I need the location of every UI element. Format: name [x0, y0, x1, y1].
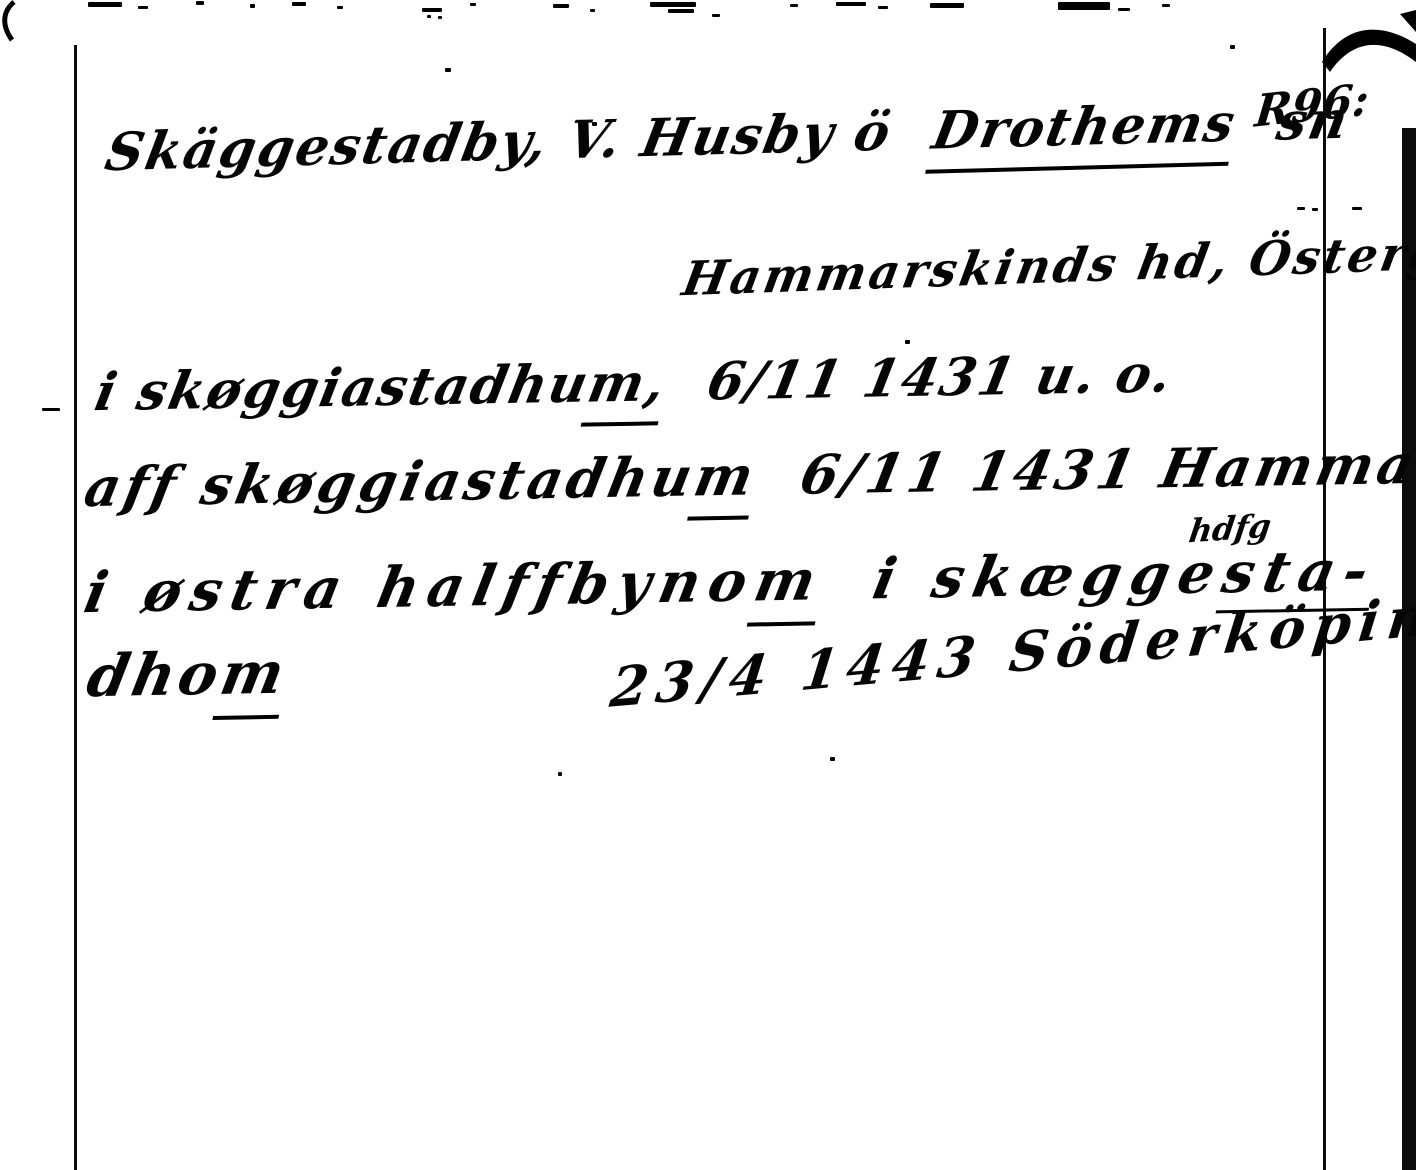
scan-noise	[470, 3, 476, 6]
left-margin-rule	[74, 45, 77, 1170]
scan-noise	[668, 9, 694, 13]
citation-1: i skøggiastadhum, 6/11 1431 u. o.	[90, 343, 1178, 423]
scan-noise	[42, 408, 60, 411]
scan-noise	[590, 9, 595, 12]
citation-1-name-underlined: m,	[581, 352, 672, 427]
scan-noise	[196, 1, 204, 5]
scan-noise	[250, 4, 255, 8]
scan-noise	[138, 6, 148, 9]
scan-noise	[88, 2, 122, 7]
citation-1-date: 6/11 1431 u. o.	[702, 343, 1178, 412]
scan-noise	[878, 6, 888, 9]
citation-4-continuation: dhom	[82, 639, 294, 711]
citation-1-name: i skøggiastadhu	[90, 353, 595, 423]
scan-noise	[830, 757, 835, 761]
scan-noise	[427, 15, 431, 18]
citation-3-name: i skægge	[868, 540, 1230, 612]
district-text: Hammarskinds hd, Östergtl.	[678, 223, 1416, 307]
citation-4-word-underlined: m	[213, 639, 294, 720]
scan-noise	[905, 340, 910, 344]
scan-noise	[445, 68, 451, 72]
parish-name-underlined: Drothems	[926, 92, 1242, 173]
scanned-card: R96: Skäggestadby, V. Husby ö Drothems s…	[0, 0, 1416, 1170]
corner-paren-mark	[0, 0, 22, 44]
scan-noise	[930, 3, 964, 8]
scan-noise	[337, 6, 343, 9]
page-curl	[1316, 10, 1416, 80]
scan-noise	[438, 16, 442, 19]
scan-noise	[1118, 8, 1130, 11]
scan-noise	[1312, 208, 1318, 211]
scan-noise	[836, 2, 866, 6]
heading-line: Skäggestadby, V. Husby ö Drothems sn	[101, 89, 1355, 183]
scan-noise	[712, 14, 720, 17]
district-line: Hammarskinds hd, Östergtl.	[678, 223, 1416, 307]
scan-noise	[292, 2, 306, 6]
citation-4-word: dho	[82, 640, 229, 711]
scan-noise	[1297, 207, 1305, 210]
scan-noise	[558, 772, 562, 776]
scan-noise	[790, 4, 798, 7]
scan-noise	[1162, 4, 1170, 7]
scan-noise	[1230, 45, 1235, 49]
scan-noise	[650, 2, 696, 7]
scan-noise	[422, 8, 442, 12]
citation-2: aff skøggiastadhum 6/11 1431 Hammarkind	[80, 429, 1416, 520]
scan-noise	[1352, 207, 1362, 210]
citation-3-underlined: m	[747, 547, 830, 626]
place-name: Skäggestadby, V. Husby ö	[101, 101, 897, 183]
citation-2-date: 6/11 1431 Hammarkind	[795, 429, 1416, 507]
citation-3-text: i østra halffbyno	[79, 548, 762, 626]
scan-noise	[553, 4, 569, 8]
parish-abbrev: sn	[1272, 89, 1354, 152]
scan-noise	[1058, 2, 1110, 10]
citation-2-name: aff skøggiastadhu	[80, 444, 702, 519]
